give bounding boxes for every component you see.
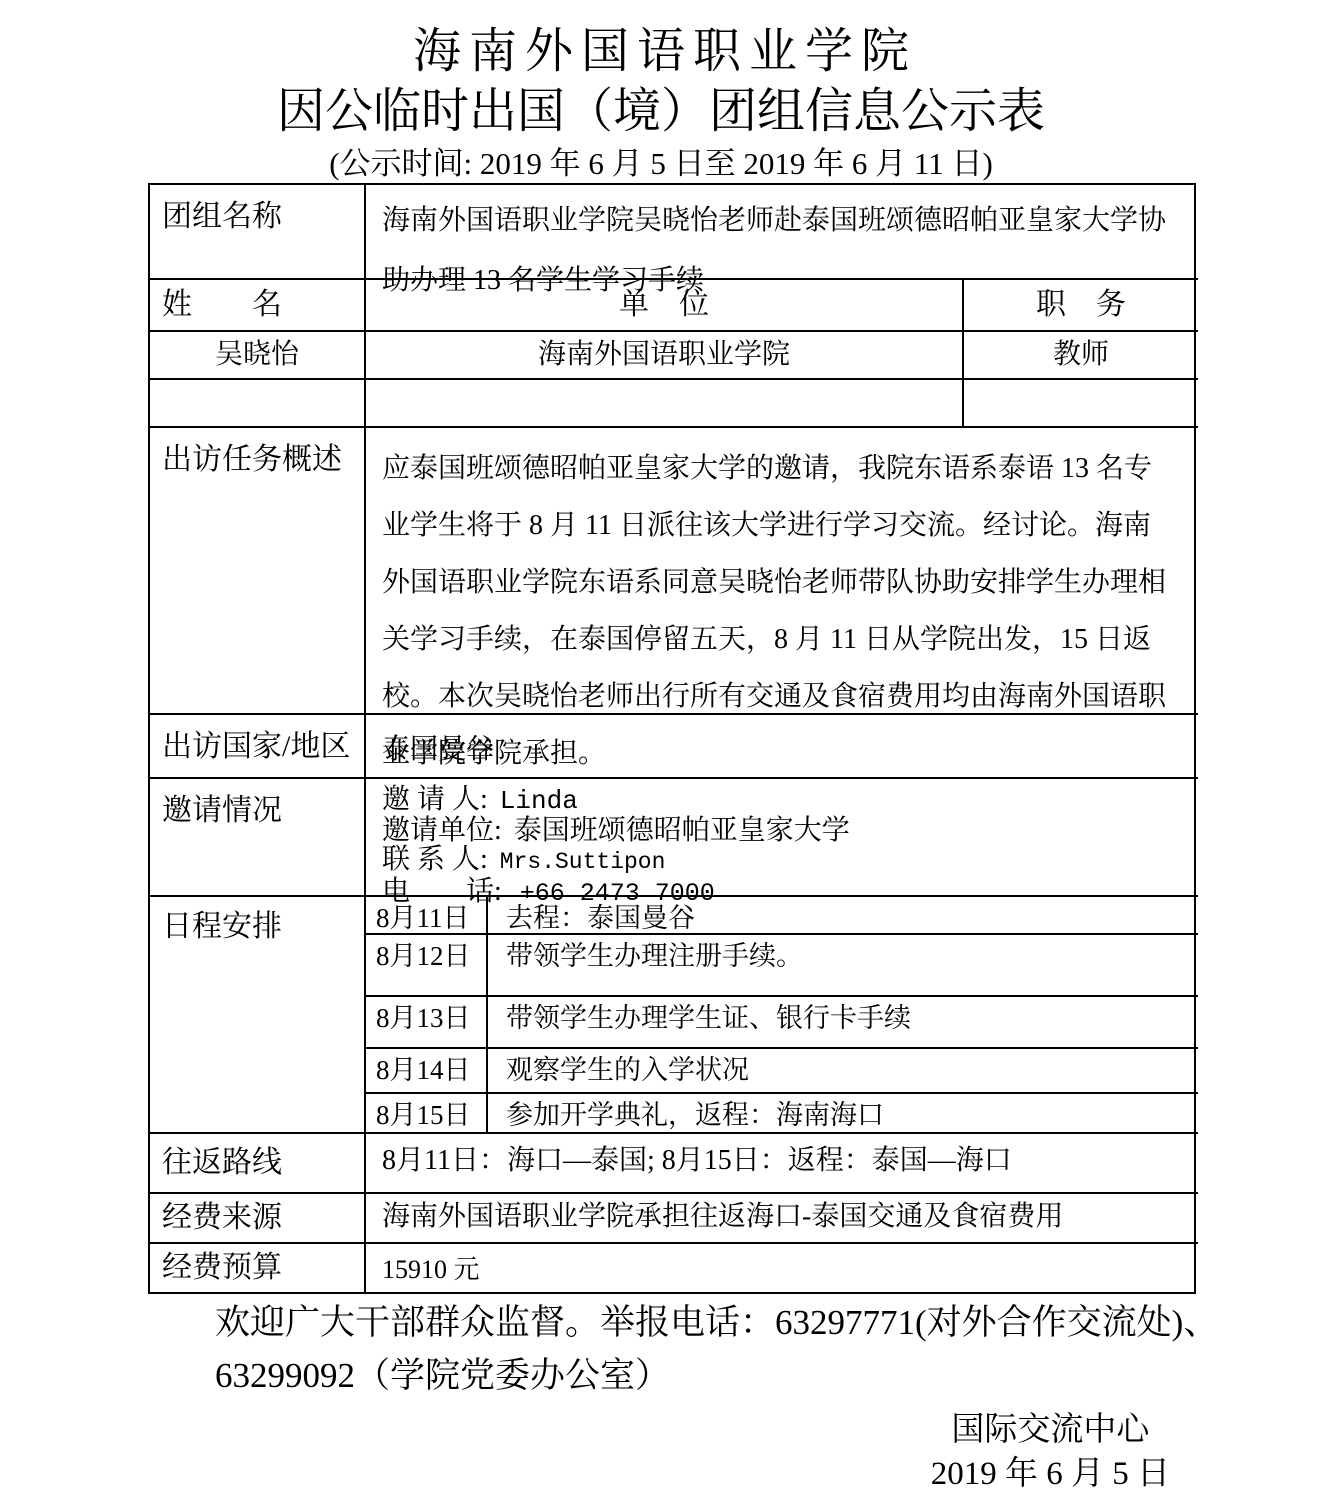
invitation-lines: 邀 请 人: Linda 邀请单位: 泰国班颂德昭帕亚皇家大学 联 系 人: M… — [366, 779, 850, 908]
contact-value: Mrs.Suttipon — [500, 848, 666, 877]
invitation-value: 邀 请 人: Linda 邀请单位: 泰国班颂德昭帕亚皇家大学 联 系 人: M… — [366, 779, 1198, 897]
group-name-label: 团组名称 — [150, 185, 366, 280]
signature-date: 2019 年 6 月 5 日 — [931, 1452, 1170, 1494]
destination-value: 泰国曼谷 — [366, 715, 1198, 779]
publicity-period: (公示时间: 2019 年 6 月 5 日至 2019 年 6 月 11 日) — [0, 138, 1322, 183]
signature-block: 国际交流中心 2019 年 6 月 5 日 — [931, 1408, 1170, 1494]
group-name-value: 海南外国语职业学院吴晓怡老师赴泰国班颂德昭帕亚皇家大学协助办理 13 名学生学习… — [366, 185, 1198, 280]
invitation-line-contact: 联 系 人: Mrs.Suttipon — [382, 845, 850, 877]
header-name: 姓 名 — [150, 280, 366, 332]
funding-source-label: 经费来源 — [150, 1194, 366, 1244]
member-name: 吴晓怡 — [150, 332, 366, 380]
invite-unit-value: 泰国班颂德昭帕亚皇家大学 — [514, 816, 850, 845]
route-value: 8月11日：海口—泰国; 8月15日：返程：泰国—海口 — [366, 1134, 1198, 1194]
schedule-activity-4: 观察学生的入学状况 — [488, 1049, 1198, 1094]
member-title: 教师 — [964, 332, 1198, 380]
inviter-value: Linda — [500, 787, 578, 816]
mission-label: 出访任务概述 — [150, 428, 366, 715]
member-unit-empty — [366, 380, 964, 428]
info-table: 团组名称 海南外国语职业学院吴晓怡老师赴泰国班颂德昭帕亚皇家大学协助办理 13 … — [148, 183, 1196, 1294]
invite-unit-key: 邀请单位: — [382, 816, 502, 845]
schedule-activity-2: 带领学生办理注册手续。 — [488, 935, 1198, 997]
schedule-activity-3: 带领学生办理学生证、银行卡手续 — [488, 997, 1198, 1049]
header-unit: 单 位 — [366, 280, 964, 332]
schedule-date-4: 8月14日 — [366, 1049, 488, 1094]
schedule-activity-1: 去程：泰国曼谷 — [488, 897, 1198, 935]
member-title-empty — [964, 380, 1198, 428]
supervision-line-2: 63299092（学院党委办公室） — [215, 1349, 1218, 1402]
schedule-date-3: 8月13日 — [366, 997, 488, 1049]
header-title: 职 务 — [964, 280, 1198, 332]
schedule-date-2: 8月12日 — [366, 935, 488, 997]
member-name-empty — [150, 380, 366, 428]
member-unit: 海南外国语职业学院 — [366, 332, 964, 380]
invitation-line-inviter: 邀 请 人: Linda — [382, 785, 850, 816]
supervision-notice: 欢迎广大干部群众监督。举报电话：63297771(对外合作交流处)、 63299… — [215, 1296, 1218, 1402]
contact-key: 联 系 人: — [382, 845, 488, 874]
signature-department: 国际交流中心 — [931, 1408, 1170, 1452]
page-title: 海南外国语职业学院 — [0, 12, 1322, 81]
doc-subtitle: 因公临时出国（境）团组信息公示表 — [0, 72, 1322, 141]
invitation-label: 邀请情况 — [150, 779, 366, 897]
invitation-line-unit: 邀请单位: 泰国班颂德昭帕亚皇家大学 — [382, 816, 850, 845]
inviter-key: 邀 请 人: — [382, 785, 488, 814]
destination-label: 出访国家/地区 — [150, 715, 366, 779]
schedule-activity-5: 参加开学典礼，返程：海南海口 — [488, 1094, 1198, 1134]
budget-label: 经费预算 — [150, 1244, 366, 1292]
schedule-date-5: 8月15日 — [366, 1094, 488, 1134]
funding-source-value: 海南外国语职业学院承担往返海口-泰国交通及食宿费用 — [366, 1194, 1198, 1244]
budget-value: 15910 元 — [366, 1244, 1198, 1292]
schedule-label: 日程安排 — [150, 897, 366, 1134]
mission-value: 应泰国班颂德昭帕亚皇家大学的邀请，我院东语系泰语 13 名专业学生将于 8 月 … — [366, 428, 1198, 715]
supervision-line-1: 欢迎广大干部群众监督。举报电话：63297771(对外合作交流处)、 — [215, 1296, 1218, 1349]
document-page: 海南外国语职业学院 因公临时出国（境）团组信息公示表 (公示时间: 2019 年… — [0, 0, 1322, 1494]
schedule-date-1: 8月11日 — [366, 897, 488, 935]
route-label: 往返路线 — [150, 1134, 366, 1194]
